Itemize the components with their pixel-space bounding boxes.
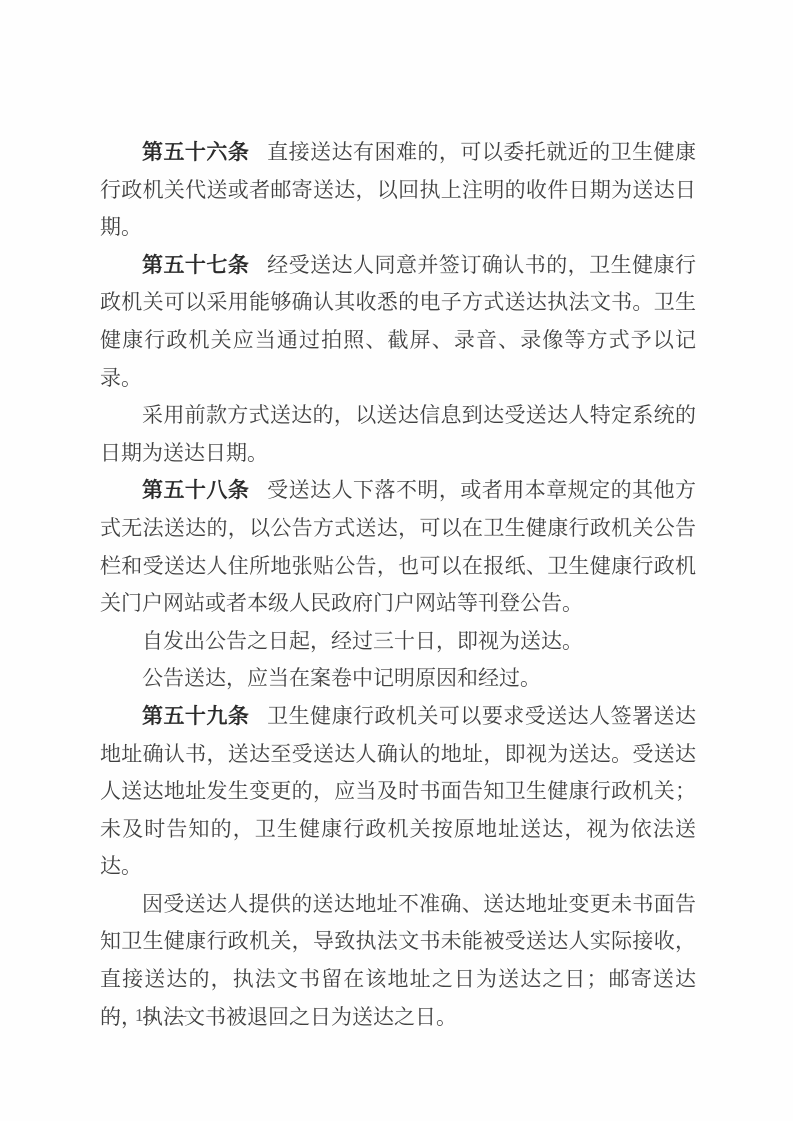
paragraph-text: 采用前款方式送达的，以送达信息到达受送达人特定系统的日期为送达日期。 — [100, 403, 696, 465]
paragraph-article-58-clause-3: 公告送达，应当在案卷中记明原因和经过。 — [100, 660, 696, 698]
paragraph-article-57: 第五十七条经受送达人同意并签订确认书的，卫生健康行政机关可以采用能够确认其收悉的… — [100, 247, 696, 397]
paragraph-article-57-clause-2: 采用前款方式送达的，以送达信息到达受送达人特定系统的日期为送达日期。 — [100, 397, 696, 472]
document-page: 第五十六条直接送达有困难的，可以委托就近的卫生健康行政机关代送或者邮寄送达，以回… — [0, 0, 793, 1121]
paragraph-text: 公告送达，应当在案卷中记明原因和经过。 — [142, 666, 541, 690]
paragraph-article-58: 第五十八条受送达人下落不明，或者用本章规定的其他方式无法送达的，以公告方式送达，… — [100, 472, 696, 622]
document-body: 第五十六条直接送达有困难的，可以委托就近的卫生健康行政机关代送或者邮寄送达，以回… — [100, 134, 696, 1036]
paragraph-text: 自发出公告之日起，经过三十日，即视为送达。 — [142, 629, 583, 653]
paragraph-article-58-clause-2: 自发出公告之日起，经过三十日，即视为送达。 — [100, 623, 696, 661]
paragraph-article-59: 第五十九条卫生健康行政机关可以要求受送达人签署送达地址确认书，送达至受送达人确认… — [100, 698, 696, 886]
paragraph-text: 因受送达人提供的送达地址不准确、送达地址变更未书面告知卫生健康行政机关，导致执法… — [100, 892, 696, 1029]
paragraph-text: 卫生健康行政机关可以要求受送达人签署送达地址确认书，送达至受送达人确认的地址，即… — [100, 704, 696, 878]
page-number: — 16 — — [102, 1002, 187, 1028]
paragraph-article-59-clause-2: 因受送达人提供的送达地址不准确、送达地址变更未书面告知卫生健康行政机关，导致执法… — [100, 886, 696, 1036]
paragraph-article-56: 第五十六条直接送达有困难的，可以委托就近的卫生健康行政机关代送或者邮寄送达，以回… — [100, 134, 696, 247]
article-number-59: 第五十九条 — [142, 705, 249, 728]
article-number-58: 第五十八条 — [142, 479, 249, 502]
article-number-56: 第五十六条 — [142, 141, 249, 164]
article-number-57: 第五十七条 — [142, 254, 249, 277]
